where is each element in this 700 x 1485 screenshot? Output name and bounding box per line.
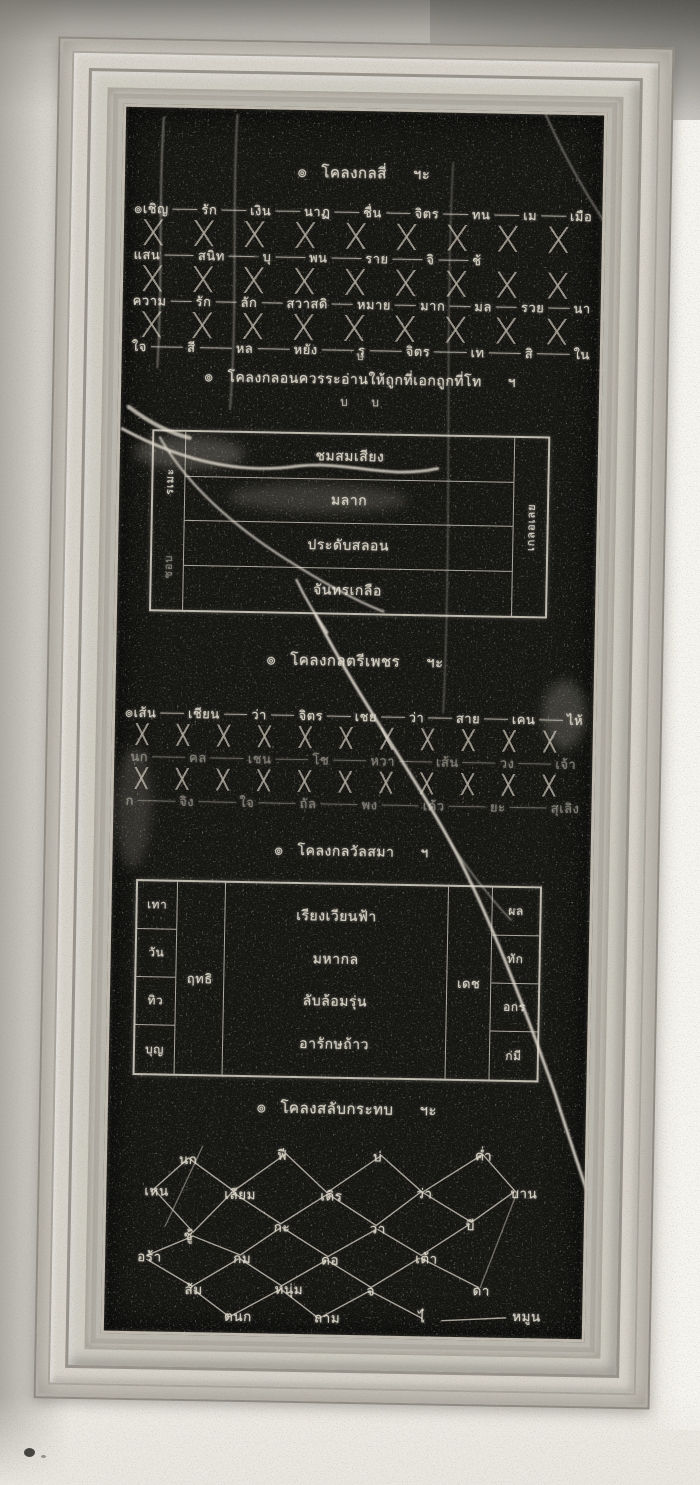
- connector-line: [138, 800, 175, 802]
- table2-left-cells: เทาวันทิวบุญ: [135, 881, 179, 1074]
- table2-center-line: มหากล: [313, 948, 359, 971]
- verse-word: กะ: [274, 1216, 291, 1238]
- connector-line: [541, 215, 566, 216]
- table1-rows: ชมสมเสียงมลากประดับสลอนจันทรเกลือ: [183, 432, 514, 616]
- connector-line: [320, 803, 357, 805]
- table1-left-label-bottom: ชอบ: [158, 555, 176, 579]
- section2-title-text: โคลงกลตรีเพชร: [290, 652, 400, 671]
- connector-line: [510, 806, 547, 808]
- section1-title-text: โคลงกลสี่: [321, 164, 387, 182]
- verse-word: วง: [500, 752, 515, 773]
- table2-col2: ฤทธิ: [175, 882, 227, 1075]
- bullet-glyph: ๏: [298, 164, 308, 181]
- verse-word: แสน: [133, 243, 160, 264]
- section2-end-mark: ฯะ: [426, 654, 444, 671]
- connector-line: [428, 717, 452, 718]
- table2-cell: อกร: [490, 984, 538, 1033]
- verse-word: ลัก: [240, 291, 257, 312]
- connector-line: [221, 209, 246, 210]
- verse-word: จิตร: [414, 203, 439, 224]
- verse-word: หวา: [370, 750, 395, 771]
- verse-word: นา: [573, 297, 591, 318]
- connector-line: [164, 254, 194, 256]
- connector-line: [224, 713, 248, 714]
- connector-line: [334, 211, 359, 212]
- connector-line: [275, 758, 308, 760]
- verse-word: ฟี: [277, 1144, 287, 1166]
- connector-line: [443, 213, 468, 214]
- verse-word: ๏เชิญ: [134, 197, 169, 219]
- connector-line: [449, 805, 486, 807]
- verse-word: ว่า: [251, 704, 267, 725]
- table2-cell: เทา: [137, 881, 177, 930]
- section3-title: ๏โคลงสลับกระทบฯะ: [108, 1093, 586, 1126]
- verse-word: สนิท: [198, 245, 225, 266]
- verse-word: รัก: [195, 291, 211, 312]
- verse-word: เลียม: [224, 1183, 256, 1206]
- table2-col4-label: เดช: [457, 972, 481, 993]
- connector-line: [494, 214, 519, 215]
- verse-word: สุเลิง: [551, 797, 580, 819]
- bullet-glyph: ๏: [257, 1099, 267, 1116]
- verse-word: เจ้า: [555, 753, 576, 774]
- section3-title-text: โคลงสลับกระทบ: [280, 1100, 393, 1119]
- verse-word: ดา: [472, 1279, 490, 1301]
- table2-cell: บุญ: [135, 1025, 175, 1074]
- verse-word: ตนก: [224, 1305, 252, 1328]
- section3-end-mark: ฯะ: [419, 1102, 437, 1119]
- table2-center-line: อารักษถ้าว: [299, 1033, 369, 1056]
- table2-center-line: เรียงเวียนฟ้า: [296, 905, 377, 928]
- verse-word: จิ: [426, 249, 435, 270]
- table2-cell: ทิว: [135, 977, 175, 1026]
- verse-word: ว่า: [409, 707, 425, 728]
- connector-line: [198, 801, 235, 803]
- connector-line: [229, 255, 259, 257]
- verse-word: จิตร: [298, 704, 323, 725]
- verse-word: ถาม: [314, 1306, 341, 1328]
- connector-line: [332, 257, 362, 259]
- connector-line: [152, 756, 185, 758]
- verse-word: จ: [366, 1279, 375, 1301]
- bullet-glyph: ๏: [204, 368, 213, 384]
- table1-row: ชมสมเสียง: [185, 432, 514, 483]
- verse-word: รัก: [201, 199, 217, 220]
- verse-word: ก: [125, 789, 134, 810]
- verse-word: ยะ: [490, 796, 506, 817]
- connector-line: [171, 300, 192, 301]
- connector-line: [381, 716, 405, 717]
- verse-word: ค่ำ: [475, 1144, 493, 1166]
- connector-line: [438, 259, 468, 261]
- connector-line: [382, 804, 419, 806]
- verse-word: จิง: [179, 790, 194, 811]
- connector-line: [215, 301, 236, 302]
- verse-word: คล: [189, 746, 207, 767]
- table2-cell: วัน: [136, 929, 176, 978]
- verse-word: ไห้: [567, 709, 583, 730]
- verse-word: พน: [309, 247, 328, 268]
- connector-line: [463, 761, 496, 763]
- connector-line: [332, 303, 353, 304]
- table1-left-label-top: รเมะ: [160, 468, 178, 495]
- verse-table-2: เทาวันทิวบุญ ฤทธิ เรียงเวียนฟ้ามหากลลับล…: [133, 879, 543, 1082]
- connector-line: [399, 760, 432, 762]
- verse-word: ช้: [472, 250, 482, 271]
- table1-left-column: รเมะ ชอบ: [151, 431, 186, 610]
- verse-word: เชน: [248, 748, 272, 769]
- bullet-glyph: ๏: [266, 651, 276, 668]
- connector-line: [160, 712, 184, 713]
- verse-word: ถัล: [299, 793, 316, 814]
- verse-word: ใจ: [239, 791, 254, 812]
- verse-word: เมือ: [570, 205, 593, 226]
- section2-title: ๏โคลงกลตรีเพชรฯะ: [116, 645, 594, 678]
- inscription-content: ๏โคลงกลสี่ฯะ ๏เชิญรักเงินนาฏชื่นจิตรทนเม…: [104, 107, 604, 1340]
- verse-word: นก: [179, 1148, 198, 1170]
- verse-word: เดิร: [320, 1184, 343, 1206]
- verse-word: หนุ่ม: [274, 1278, 303, 1301]
- connector-line: [327, 715, 351, 716]
- verse-table-1: รเมะ ชอบ ชมสมเสียงมลากประดับสลอนจันทรเกล…: [149, 429, 550, 618]
- bullet-glyph: ๏: [274, 842, 283, 858]
- verse-word: ส้ม: [184, 1278, 203, 1300]
- verse-word: ว่า: [416, 1182, 433, 1204]
- connector-line: [271, 714, 295, 715]
- verse-word: ราย: [365, 248, 389, 269]
- table1-row: ประดับสลอน: [184, 521, 513, 572]
- table2-cell: ก่มี: [489, 1032, 537, 1081]
- verse-word: ๏เส้น: [125, 701, 157, 723]
- verse-word: ความ: [133, 289, 167, 311]
- connector-line: [496, 306, 517, 307]
- verse-word: เส้น: [436, 751, 459, 772]
- connector-line: [386, 212, 411, 213]
- verse-word: มล: [474, 296, 492, 317]
- table2-center: เรียงเวียนฟ้ามหากลลับล้อมรุ่นอารักษถ้าว: [223, 883, 448, 1079]
- connector-line: [548, 307, 569, 308]
- verse-word: บุ: [262, 246, 271, 267]
- connector-line: [539, 719, 563, 720]
- connector-line: [211, 757, 244, 759]
- verse-word: ทน: [472, 204, 491, 225]
- section1-end-mark: ฯะ: [413, 166, 431, 183]
- verse-word: เม: [523, 205, 537, 226]
- connector-line: [484, 718, 508, 719]
- verse-word: บ่: [373, 1145, 382, 1167]
- verse-word: ดอ: [321, 1248, 339, 1270]
- verse-word: สาย: [456, 707, 481, 728]
- table2-col4: เดช: [444, 887, 492, 1080]
- table2-cell: ผล: [492, 888, 540, 937]
- photo-blemish-dot: [24, 1448, 35, 1457]
- verse-word: หมาย: [357, 293, 391, 315]
- verse-word: กม: [233, 1247, 251, 1269]
- table1-right-label: เกลอเลย: [521, 503, 540, 551]
- caption-text: โคลงกลอนควรระอ่านให้ถูกที่เอกถูกที่โท: [227, 369, 482, 390]
- verse-word: มาก: [420, 295, 446, 316]
- verse-word: เคน: [512, 708, 536, 729]
- connector-line: [395, 304, 416, 305]
- verse-word: เค้ว: [423, 795, 445, 816]
- verse-word: อร้า: [137, 1245, 162, 1267]
- verse-word: ชื่น: [363, 202, 382, 223]
- table1-row: มลาก: [185, 476, 514, 527]
- caption2-end-mark: ฯ: [420, 844, 429, 860]
- verse-word: ไ๋: [418, 1306, 426, 1328]
- verse-word: หมูน: [512, 1305, 541, 1328]
- verse-word: นก: [130, 745, 148, 766]
- verse-word: บี: [466, 1214, 475, 1236]
- connector-line: [275, 256, 305, 258]
- connector-line: [518, 763, 551, 765]
- caption2-title: ๏โคลงกลวัลสมาฯ: [112, 837, 590, 868]
- table1-right-column: เกลอเลย: [511, 438, 548, 617]
- connector-line: [173, 208, 198, 209]
- verse-word: เหน: [144, 1179, 169, 1201]
- verse-word: สวาสดิ: [286, 292, 328, 314]
- table2-right-cells: ผลทักอกรก่มี: [488, 888, 540, 1081]
- verse-word: เชียน: [188, 702, 220, 724]
- verse-word: โช: [312, 749, 329, 770]
- table2-cell: ทัก: [491, 936, 539, 985]
- connector-line: [333, 759, 366, 761]
- verse-word: นาฏ: [304, 200, 331, 221]
- photograph-of-stone-inscription: ๏โคลงกลสี่ฯะ ๏เชิญรักเงินนาฏชื่นจิตรทนเม…: [0, 0, 700, 1485]
- verse-word: รวย: [521, 296, 545, 317]
- connector-line: [449, 305, 470, 306]
- verse-word: ชู้: [183, 1224, 193, 1246]
- verse-word: บาน: [510, 1182, 537, 1204]
- table1-row: จันทรเกลือ: [183, 565, 512, 616]
- verse-word: เงิน: [250, 200, 272, 221]
- connector-line: [258, 802, 295, 804]
- connector-line: [275, 210, 300, 211]
- connector-line: [393, 258, 423, 260]
- verse-word: วา: [370, 1217, 387, 1239]
- caption2-text: โคลงกลวัลสมา: [297, 842, 394, 860]
- section1-title: ๏โคลงกลสี่ฯะ: [125, 157, 603, 190]
- verse-word: เต้า: [415, 1247, 438, 1269]
- verse-word: พง: [361, 794, 377, 815]
- connector-line: [261, 302, 282, 303]
- table2-center-line: ลับล้อมรุ่น: [303, 991, 368, 1014]
- inscription-slab: ๏โคลงกลสี่ฯะ ๏เชิญรักเงินนาฏชื่นจิตรทนเม…: [101, 104, 607, 1343]
- stone-tablet: ๏โคลงกลสี่ฯะ ๏เชิญรักเงินนาฏชื่นจิตรทนเม…: [34, 36, 675, 1409]
- table2-col2-label: ฤทธิ: [187, 967, 213, 988]
- caption-end-mark: ฯ: [508, 374, 517, 390]
- verse-word: เชย: [355, 706, 378, 727]
